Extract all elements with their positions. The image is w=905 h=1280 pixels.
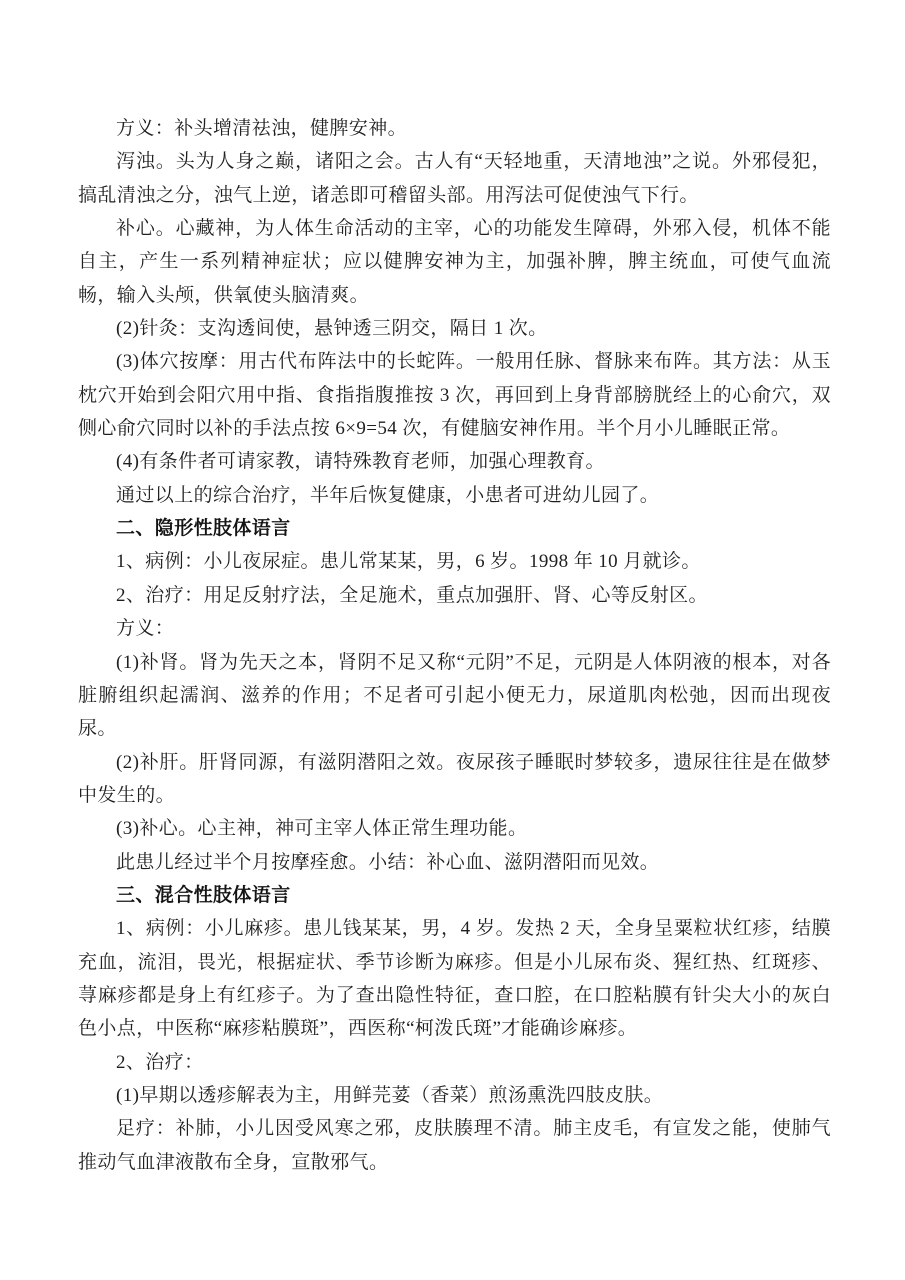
paragraph: 方义：补头增清祛浊，健脾安神。	[78, 112, 831, 145]
section-heading: 二、隐形性肢体语言	[78, 512, 831, 545]
section-heading: 三、混合性肢体语言	[78, 879, 831, 912]
paragraph: (3)补心。心主神，神可主宰人体正常生理功能。	[78, 812, 831, 845]
paragraph: 2、治疗：用足反射疗法，全足施术，重点加强肝、肾、心等反射区。	[78, 579, 831, 612]
paragraph: (2)针灸：支沟透间使，悬钟透三阴交，隔日 1 次。	[78, 312, 831, 345]
paragraph: 1、病例：小儿麻疹。患儿钱某某，男，4 岁。发热 2 天，全身呈粟粒状红疹，结膜…	[78, 912, 831, 1045]
paragraph: 泻浊。头为人身之巅，诸阳之会。古人有“天轻地重，天清地浊”之说。外邪侵犯，搞乱清…	[78, 145, 831, 212]
paragraph: (3)体穴按摩：用古代布阵法中的长蛇阵。一般用任脉、督脉来布阵。其方法：从玉枕穴…	[78, 345, 831, 445]
paragraph: (4)有条件者可请家教，请特殊教育老师，加强心理教育。	[78, 445, 831, 478]
paragraph: 2、治疗：	[78, 1046, 831, 1079]
paragraph: (2)补肝。肝肾同源，有滋阴潜阳之效。夜尿孩子睡眠时梦较多，遗尿往往是在做梦中发…	[78, 746, 831, 813]
paragraph: 方义：	[78, 612, 831, 645]
paragraph: (1)补肾。肾为先天之本，肾阴不足又称“元阴”不足，元阴是人体阴液的根本，对各脏…	[78, 646, 831, 746]
document-body: 方义：补头增清祛浊，健脾安神。泻浊。头为人身之巅，诸阳之会。古人有“天轻地重，天…	[78, 112, 831, 1179]
paragraph: 此患儿经过半个月按摩痊愈。小结：补心血、滋阴潜阳而见效。	[78, 846, 831, 879]
paragraph: (1)早期以透疹解表为主，用鲜芫荽（香菜）煎汤熏洗四肢皮肤。	[78, 1079, 831, 1112]
paragraph: 1、病例：小儿夜尿症。患儿常某某，男，6 岁。1998 年 10 月就诊。	[78, 545, 831, 578]
paragraph: 通过以上的综合治疗，半年后恢复健康，小患者可进幼儿园了。	[78, 479, 831, 512]
document-page: 方义：补头增清祛浊，健脾安神。泻浊。头为人身之巅，诸阳之会。古人有“天轻地重，天…	[0, 0, 905, 1280]
paragraph: 足疗：补肺，小儿因受风寒之邪，皮肤腠理不清。肺主皮毛，有宣发之能，使肺气推动气血…	[78, 1112, 831, 1179]
paragraph: 补心。心藏神，为人体生命活动的主宰，心的功能发生障碍，外邪入侵，机体不能自主，产…	[78, 212, 831, 312]
